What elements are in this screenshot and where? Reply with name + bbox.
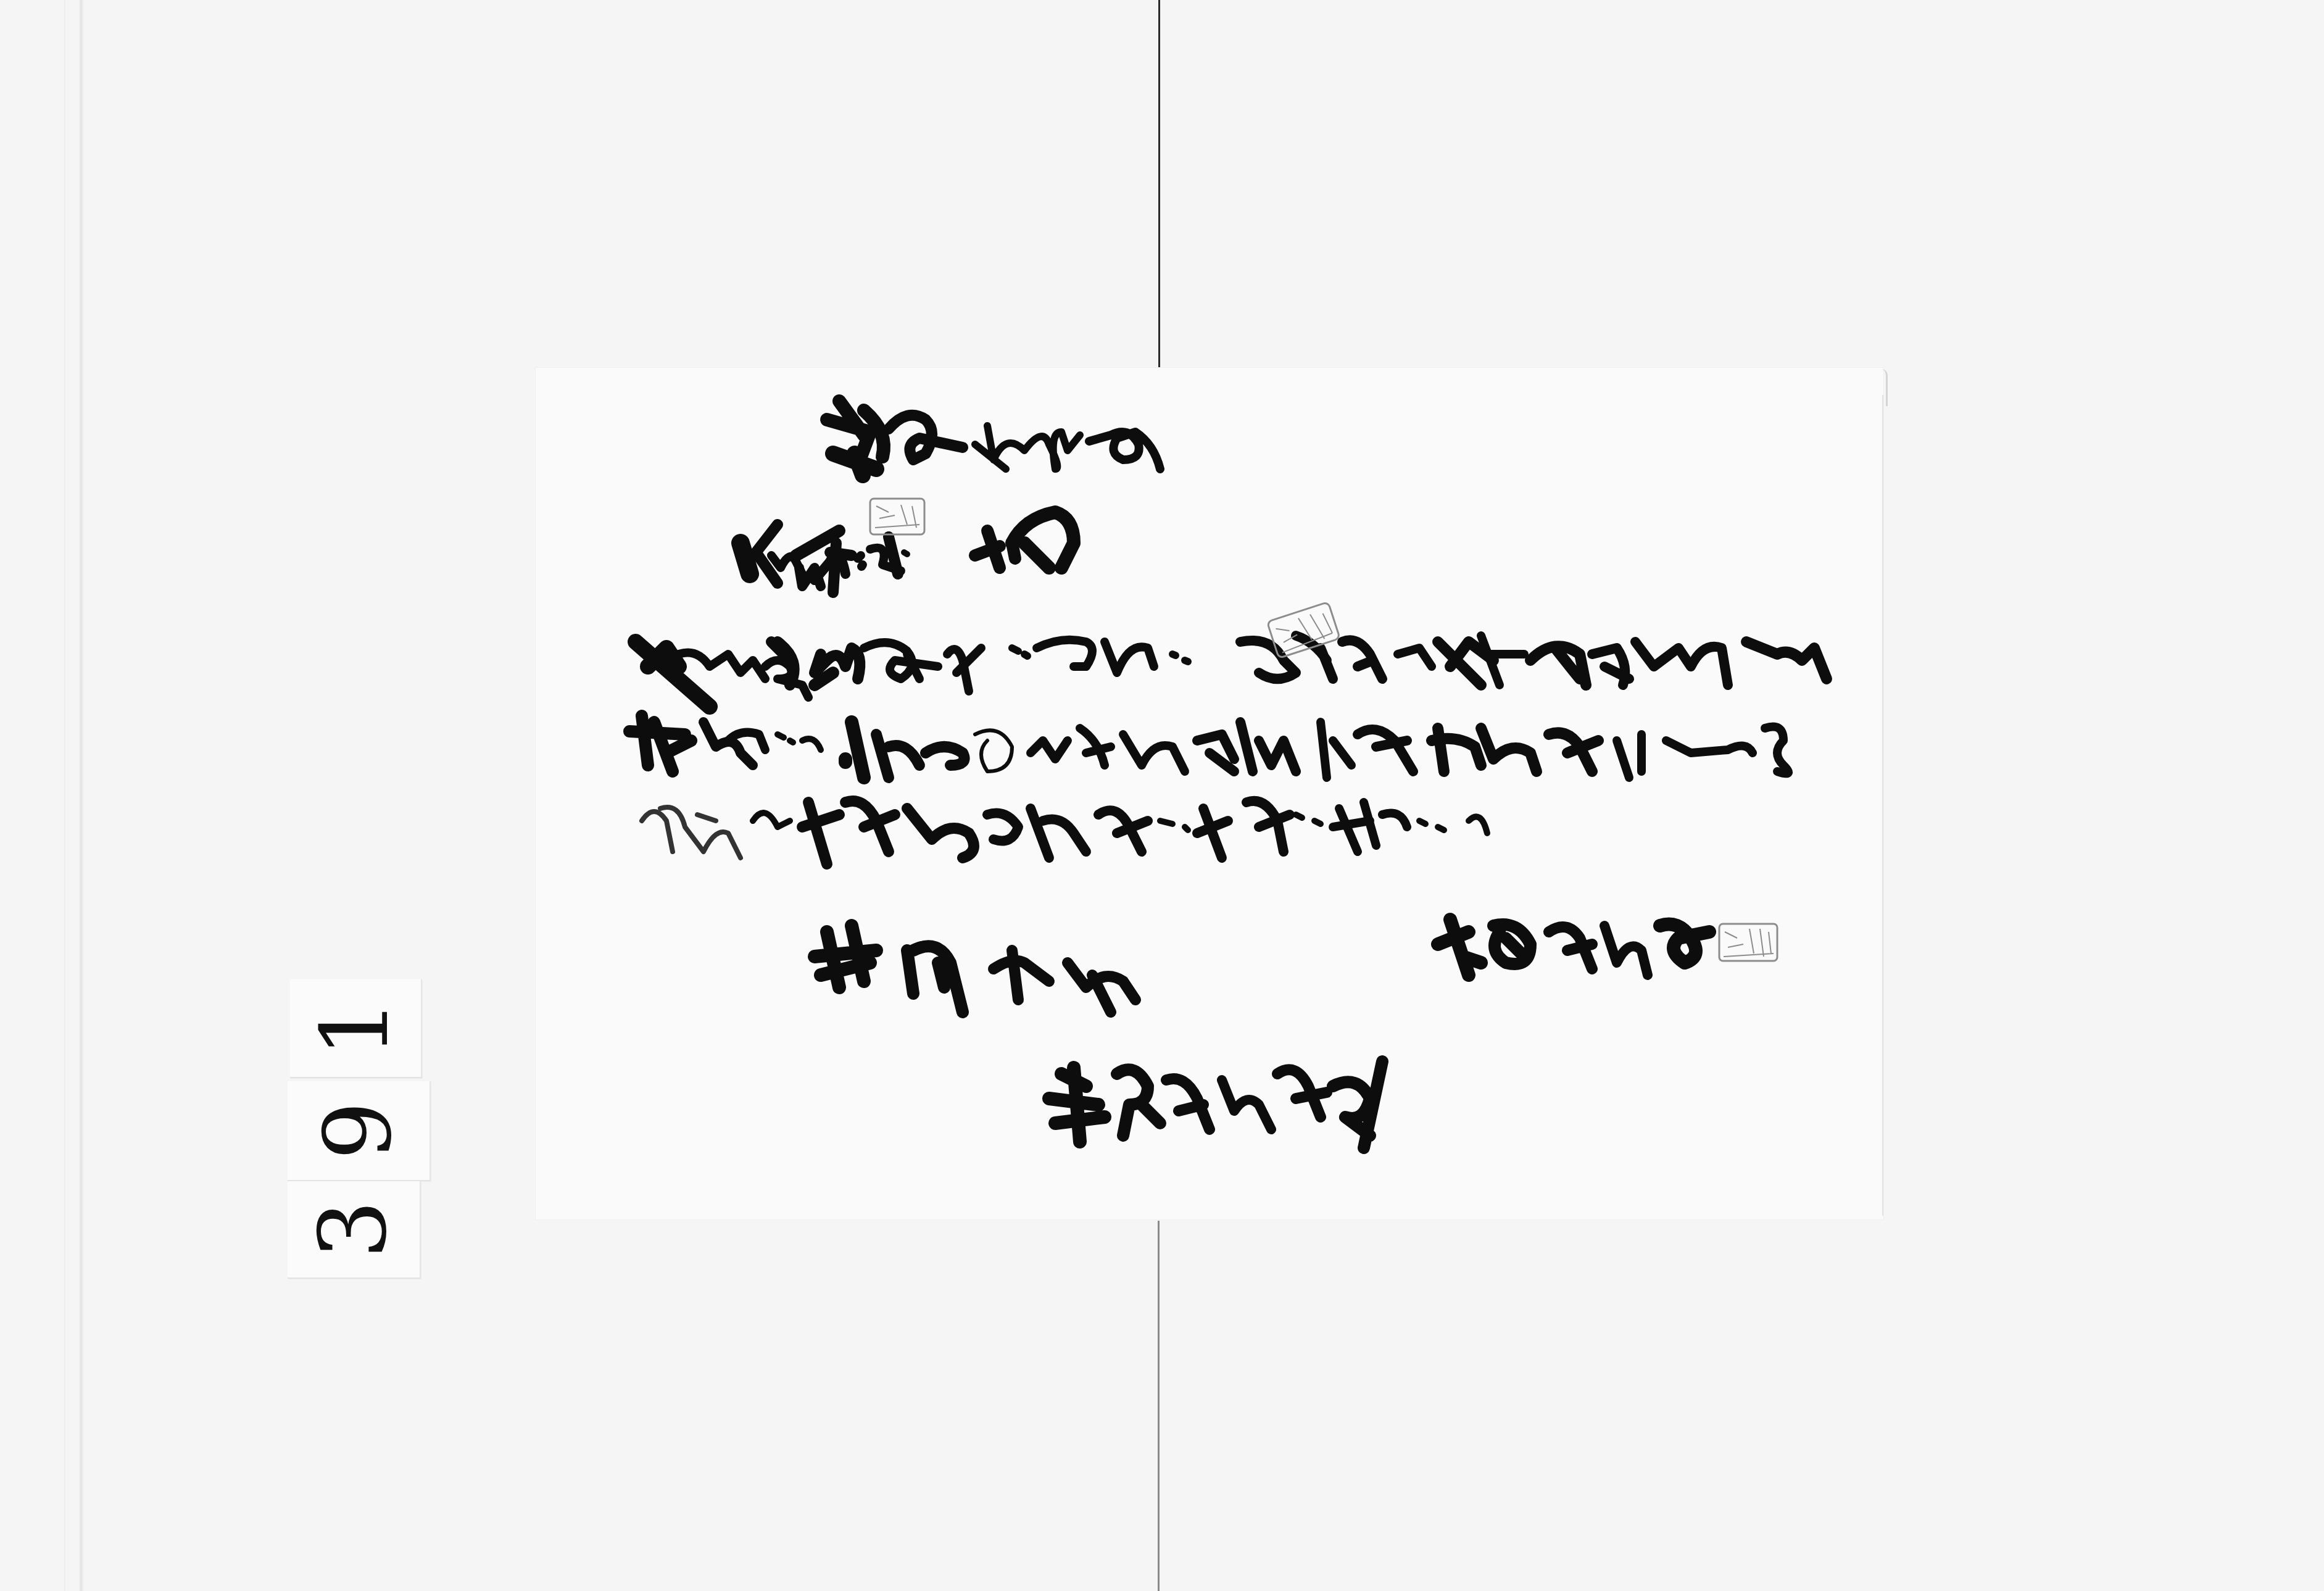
script-line-5 <box>642 801 1487 864</box>
seal-stamp-1 <box>870 499 924 534</box>
script-line-3 <box>636 636 1827 707</box>
seal-stamp-3 <box>1719 924 1777 961</box>
script-line-signature <box>1438 920 1709 975</box>
script-line-1 <box>827 401 1160 475</box>
script-line-date <box>815 926 1135 1012</box>
script-line-addressee <box>1049 1061 1382 1148</box>
calligraphy-ink-layer <box>0 0 2324 1591</box>
script-line-4 <box>629 716 1788 778</box>
